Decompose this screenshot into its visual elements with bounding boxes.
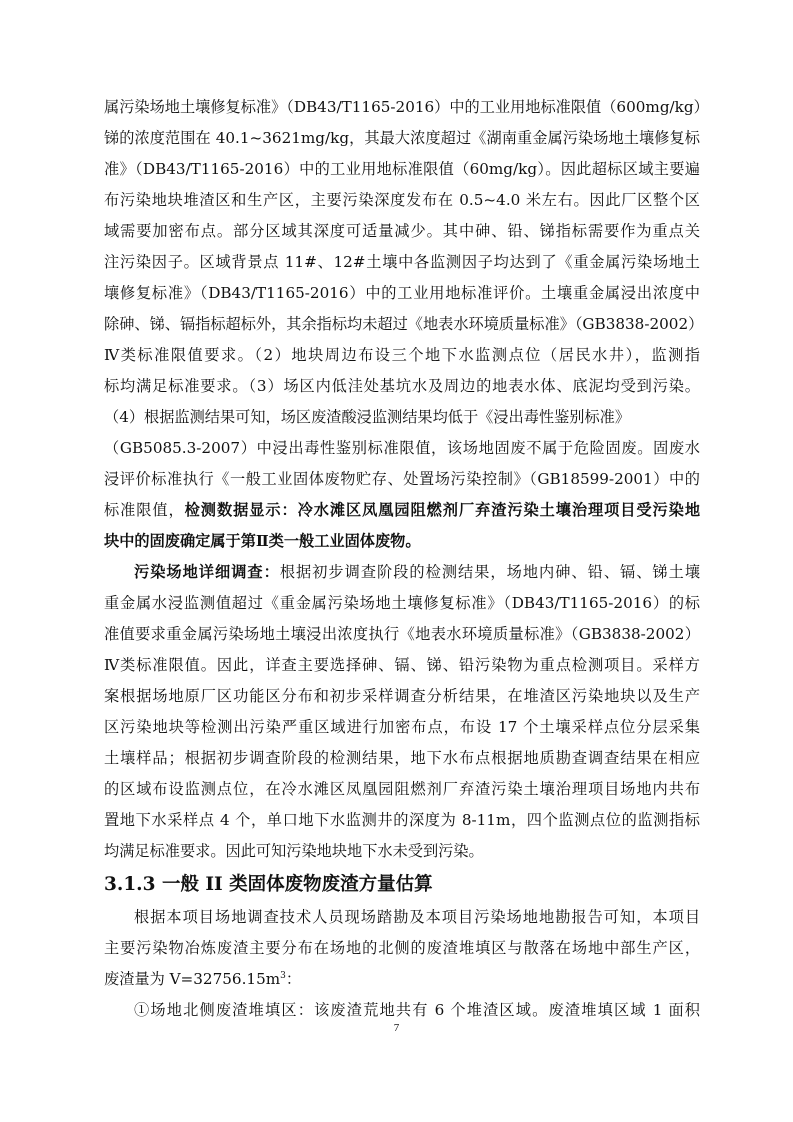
text-line: 废渣量为 V=32756.15m3： xyxy=(104,964,700,995)
text-line: 主要污染物冶炼废渣主要分布在场地的北侧的废渣堆填区与散落在场地中部生产区， xyxy=(104,933,700,964)
text-line: 壤修复标准》（DB43/T1165-2016）中的工业用地标准评价。土壤重金属浸… xyxy=(104,278,700,309)
text-line: （GB5085.3-2007）中浸出毒性鉴别标准限值，该场地固废不属于危险固废。… xyxy=(104,433,700,464)
text-line: 注污染因子。区域背景点 11#、12#土壤中各监测因子均达到了《重金属污染场地土 xyxy=(104,247,700,278)
text-line: 的区域布设监测点位，在冷水滩区凤凰园阻燃剂厂弃渣污染土壤治理项目场地内共布 xyxy=(104,774,700,805)
text-line: 案根据场地原厂区功能区分布和初步采样调查分析结果，在堆渣区污染地块以及生产 xyxy=(104,681,700,712)
text-line: 准》（DB43/T1165-2016）中的工业用地标准限值（60mg/kg）。因… xyxy=(104,154,700,185)
text-line: 布污染地块堆渣区和生产区，主要污染深度发布在 0.5~4.0 米左右。因此厂区整… xyxy=(104,185,700,216)
text-line: 域需要加密布点。部分区域其深度可适量减少。其中砷、铅、锑指标需要作为重点关 xyxy=(104,216,700,247)
text-line: 置地下水采样点 4 个，单口地下水监测井的深度为 8-11m，四个监测点位的监测… xyxy=(104,805,700,836)
text-line: 锑的浓度范围在 40.1~3621mg/kg，其最大浓度超过《湖南重金属污染场地… xyxy=(104,123,700,154)
section-heading: 3.1.3 一般 II 类固体废物废渣方量估算 xyxy=(104,868,700,902)
document-page: 属污染场地土壤修复标准》（DB43/T1165-2016）中的工业用地标准限值（… xyxy=(104,92,700,1026)
conclusion-bold-text: 检测数据显示：冷水滩区凤凰园阻燃剂厂弃渣污染土壤治理项目受污染地 xyxy=(185,501,700,519)
text-line: 除砷、锑、镉指标超标外，其余指标均未超过《地表水环境质量标准》（GB3838-2… xyxy=(104,309,700,340)
paragraph-lead-label: 污染场地详细调查： xyxy=(134,563,280,581)
text-line: Ⅳ类标准限值要求。（2）地块周边布设三个地下水监测点位（居民水井），监测指 xyxy=(104,340,700,371)
text-line: 准值要求重金属污染场地土壤浸出浓度执行《地表水环境质量标准》（GB3838-20… xyxy=(104,619,700,650)
text-line: 土壤样品；根据初步调查阶段的检测结果，地下水布点根据地质勘查调查结果在相应 xyxy=(104,743,700,774)
page-number: 7 xyxy=(0,1022,793,1034)
text-line: 标均满足标准要求。（3）场区内低洼处基坑水及周边的地表水体、底泥均受到污染。 xyxy=(104,371,700,402)
text-line: 标准限值，检测数据显示：冷水滩区凤凰园阻燃剂厂弃渣污染土壤治理项目受污染地 xyxy=(104,495,700,526)
text-normal: 根据初步调查阶段的检测结果，场地内砷、铅、镉、锑土壤 xyxy=(280,563,700,581)
text-normal: 标准限值， xyxy=(104,501,185,519)
paragraph-waste-volume: 根据本项目场地调查技术人员现场踏勘及本项目污染场地地勘报告可知，本项目 主要污染… xyxy=(104,902,700,995)
paragraph-contamination-results: 属污染场地土壤修复标准》（DB43/T1165-2016）中的工业用地标准限值（… xyxy=(104,92,700,557)
text-line: 污染场地详细调查：根据初步调查阶段的检测结果，场地内砷、铅、镉、锑土壤 xyxy=(104,557,700,588)
text-line: 区污染地块等检测出污染严重区域进行加密布点，布设 17 个土壤采样点位分层采集 xyxy=(104,712,700,743)
text-line: 浸评价标准执行《一般工业固体废物贮存、处置场污染控制》（GB18599-2001… xyxy=(104,464,700,495)
text-line: 均满足标准要求。因此可知污染地块地下水未受到污染。 xyxy=(104,836,700,867)
volume-text: 废渣量为 V=32756.15m xyxy=(104,970,280,988)
text-normal: ： xyxy=(286,970,301,988)
text-line: Ⅳ类标准限值。因此，详查主要选择砷、镉、锑、铅污染物为重点检测项目。采样方 xyxy=(104,650,700,681)
text-line: 重金属水浸监测值超过《重金属污染场地土壤修复标准》（DB43/T1165-201… xyxy=(104,588,700,619)
text-line: 属污染场地土壤修复标准》（DB43/T1165-2016）中的工业用地标准限值（… xyxy=(104,92,700,123)
text-line: 根据本项目场地调查技术人员现场踏勘及本项目污染场地地勘报告可知，本项目 xyxy=(104,902,700,933)
conclusion-bold-text: 块中的固废确定属于第Ⅱ类一般工业固体废物。 xyxy=(104,526,700,557)
paragraph-detailed-investigation: 污染场地详细调查：根据初步调查阶段的检测结果，场地内砷、铅、镉、锑土壤 重金属水… xyxy=(104,557,700,867)
text-line: （4）根据监测结果可知，场区废渣酸浸监测结果均低于《浸出毒性鉴别标准》 xyxy=(104,402,700,433)
